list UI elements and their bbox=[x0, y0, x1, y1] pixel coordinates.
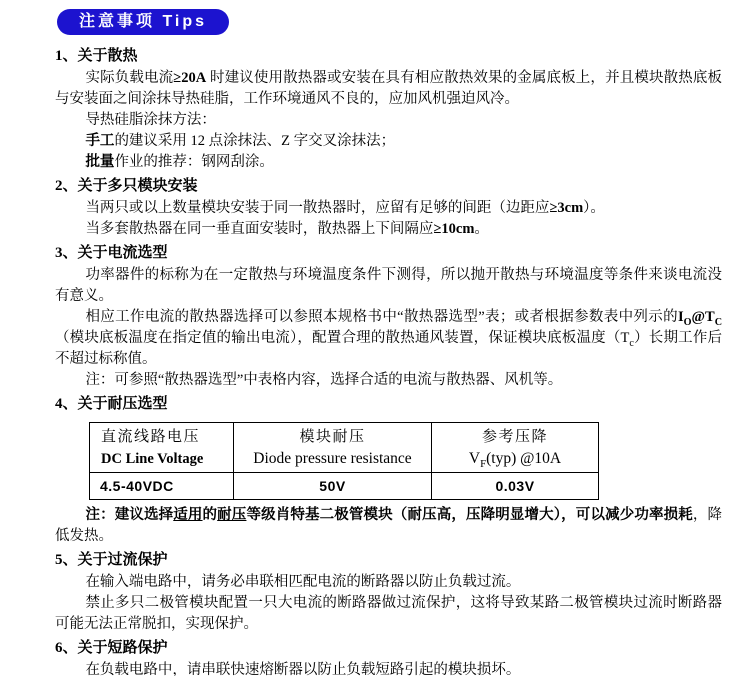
table-header: 直流线路电压 DC Line Voltage 模块耐压 Diode pressu… bbox=[90, 423, 599, 473]
header-en-label: VF(typ) @10A bbox=[436, 448, 594, 470]
cell-module-withstand: 50V bbox=[234, 473, 432, 500]
header-zh-label: 参考压降 bbox=[436, 426, 594, 448]
table-body: 4.5-40VDC 50V 0.03V bbox=[90, 473, 599, 500]
paragraph: 功率器件的标称为在一定散热与环境温度条件下测得，所以抛开散热与环境温度等条件来谈… bbox=[55, 265, 722, 307]
tips-page: 注意事项 Tips 1、关于散热 实际负载电流≥20A 时建议使用散热器或安装在… bbox=[0, 0, 750, 676]
paragraph: 在负载电路中，请串联快速熔断器以防止负载短路引起的模块损坏。 bbox=[55, 660, 722, 676]
table-header-dc-line-voltage: 直流线路电压 DC Line Voltage bbox=[90, 423, 234, 473]
cell-reference-drop: 0.03V bbox=[432, 473, 599, 500]
paragraph: 当两只或以上数量模块安装于同一散热器时，应留有足够的间距（边距应≥3cm）。 bbox=[55, 198, 722, 219]
paragraph: 相应工作电流的散热器选择可以参照本规格书中“散热器选型”表；或者根据参数表中列示… bbox=[55, 307, 722, 370]
section-heading: 1、关于散热 bbox=[55, 46, 722, 67]
header-en-label: DC Line Voltage bbox=[101, 448, 229, 470]
paragraph: 当多套散热器在同一垂直面安装时，散热器上下间隔应≥10cm。 bbox=[55, 219, 722, 240]
content: 1、关于散热 实际负载电流≥20A 时建议使用散热器或安装在具有相应散热效果的金… bbox=[55, 46, 722, 676]
paragraph: 在输入端电路中，请务必串联相匹配电流的断路器以防止负载过流。 bbox=[55, 572, 722, 593]
table-header-row: 直流线路电压 DC Line Voltage 模块耐压 Diode pressu… bbox=[90, 423, 599, 473]
paragraph: 手工的建议采用 12 点涂抹法、Z 字交叉涂抹法； bbox=[55, 131, 722, 152]
paragraph: 注：可参照“散热器选型”中表格内容，选择合适的电流与散热器、风机等。 bbox=[55, 370, 722, 391]
table-header-module-withstand: 模块耐压 Diode pressure resistance bbox=[234, 423, 432, 473]
paragraph: 注：建议选择适用的耐压等级肖特基二极管模块（耐压高，压降明显增大），可以减少功率… bbox=[55, 505, 722, 547]
paragraph: 实际负载电流≥20A 时建议使用散热器或安装在具有相应散热效果的金属底板上，并且… bbox=[55, 68, 722, 110]
section-heading: 6、关于短路保护 bbox=[55, 638, 722, 659]
paragraph: 批量作业的推荐：钢网刮涂。 bbox=[55, 152, 722, 173]
section-heading: 2、关于多只模块安装 bbox=[55, 176, 722, 197]
voltage-selection-table: 直流线路电压 DC Line Voltage 模块耐压 Diode pressu… bbox=[89, 422, 599, 500]
section-heading: 4、关于耐压选型 bbox=[55, 394, 722, 415]
section-heading: 5、关于过流保护 bbox=[55, 550, 722, 571]
section-overcurrent-protection: 5、关于过流保护 在输入端电路中，请务必串联相匹配电流的断路器以防止负载过流。 … bbox=[55, 550, 722, 635]
header-zh-label: 模块耐压 bbox=[238, 426, 427, 448]
section-heat-dissipation: 1、关于散热 实际负载电流≥20A 时建议使用散热器或安装在具有相应散热效果的金… bbox=[55, 46, 722, 173]
section-multi-module-install: 2、关于多只模块安装 当两只或以上数量模块安装于同一散热器时，应留有足够的间距（… bbox=[55, 176, 722, 240]
header-zh-label: 直流线路电压 bbox=[101, 426, 229, 448]
section-current-selection: 3、关于电流选型 功率器件的标称为在一定散热与环境温度条件下测得，所以抛开散热与… bbox=[55, 243, 722, 391]
tips-badge: 注意事项 Tips bbox=[57, 9, 229, 35]
header-en-label: Diode pressure resistance bbox=[238, 448, 427, 470]
table-row: 4.5-40VDC 50V 0.03V bbox=[90, 473, 599, 500]
section-short-circuit-protection: 6、关于短路保护 在负载电路中，请串联快速熔断器以防止负载短路引起的模块损坏。 bbox=[55, 638, 722, 676]
paragraph: 导热硅脂涂抹方法： bbox=[55, 110, 722, 131]
section-heading: 3、关于电流选型 bbox=[55, 243, 722, 264]
section-voltage-selection: 4、关于耐压选型 直流线路电压 DC Line Voltage 模块耐压 Dio… bbox=[55, 394, 722, 547]
paragraph: 禁止多只二极管模块配置一只大电流的断路器做过流保护，这将导致某路二极管模块过流时… bbox=[55, 593, 722, 635]
table-header-reference-drop: 参考压降 VF(typ) @10A bbox=[432, 423, 599, 473]
cell-dc-line-voltage: 4.5-40VDC bbox=[90, 473, 234, 500]
tips-badge-label: 注意事项 Tips bbox=[79, 13, 207, 30]
